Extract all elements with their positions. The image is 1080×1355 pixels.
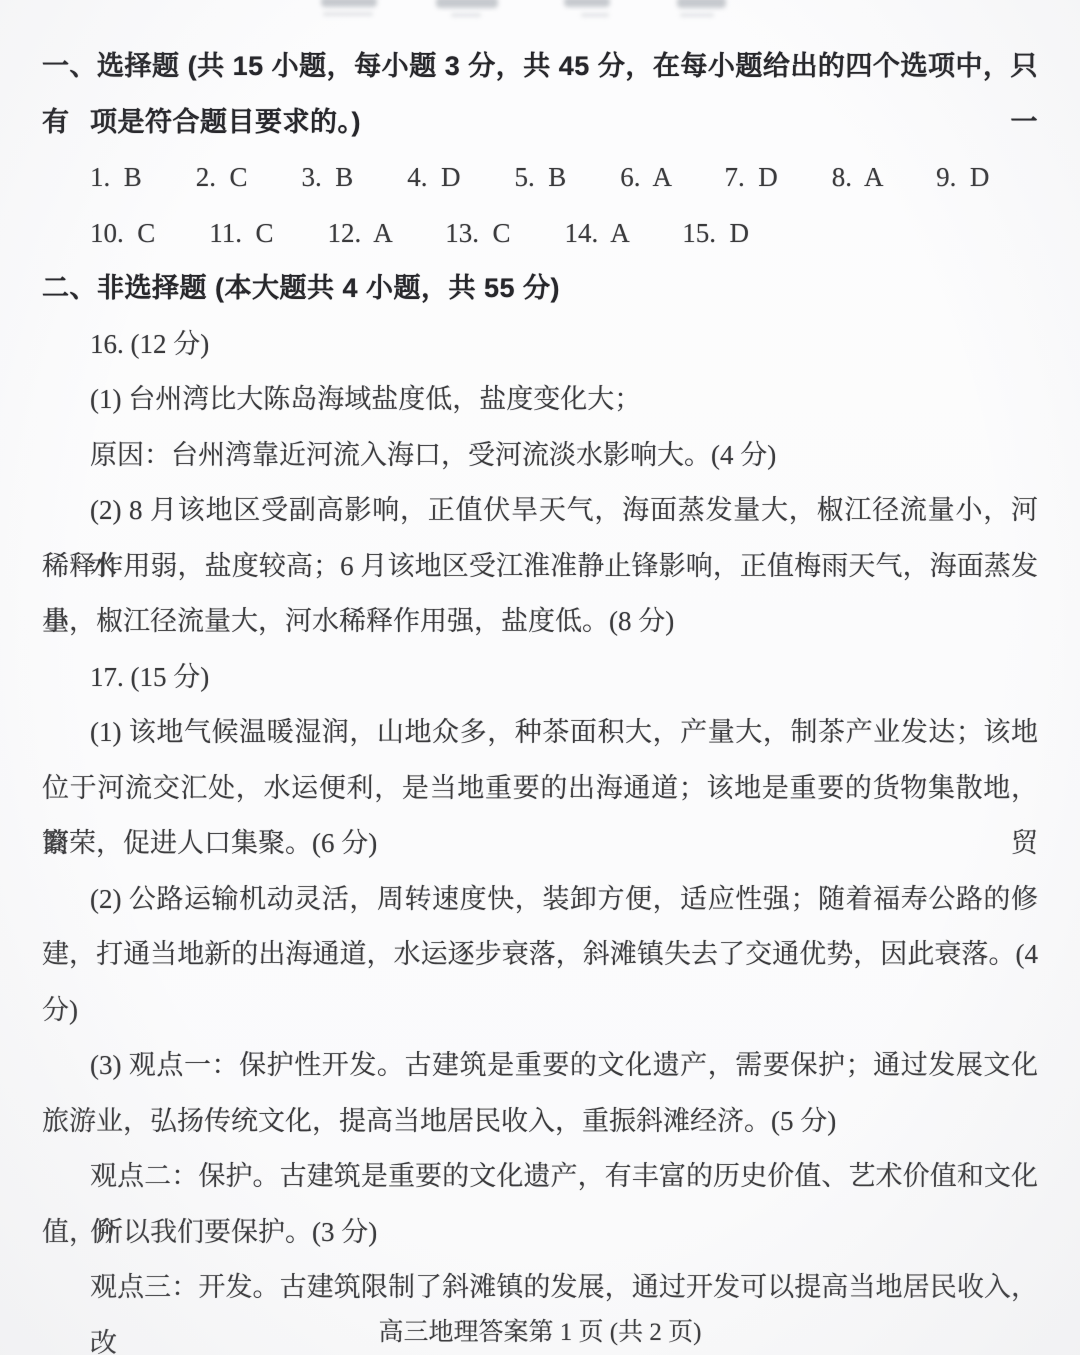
cropped-title-fragment bbox=[581, 13, 609, 17]
answer-text-line: (3) 观点一：保护性开发。古建筑是重要的文化遗产，需要保护；通过发展文化 bbox=[42, 1038, 1038, 1094]
cropped-title-fragment bbox=[680, 13, 714, 17]
cropped-title-fragment bbox=[323, 12, 373, 16]
answer-text-line: 观点二：保护。古建筑是重要的文化遗产，有丰富的历史价值、艺术价值和文化价 bbox=[42, 1149, 1038, 1205]
section-heading-line: 一、选择题 (共 15 小题，每小题 3 分，共 45 分，在每小题给出的四个选… bbox=[42, 39, 1038, 95]
answer-text-line: 16. (12 分) bbox=[42, 317, 1038, 373]
answer-text-line: (2) 8 月该地区受副高影响，正值伏旱天气，海面蒸发量大，椒江径流量小，河水 bbox=[42, 483, 1038, 539]
answer-text-line: (1) 台州湾比大陈岛海域盐度低，盐度变化大； bbox=[42, 372, 1038, 428]
answer-sheet: 一、选择题 (共 15 小题，每小题 3 分，共 45 分，在每小题给出的四个选… bbox=[42, 39, 1038, 1316]
page-footer: 高三地理答案第 1 页 (共 2 页) bbox=[0, 1311, 1080, 1355]
answer-text-line: 17. (15 分) bbox=[42, 650, 1038, 706]
answer-document-page: 一、选择题 (共 15 小题，每小题 3 分，共 45 分，在每小题给出的四个选… bbox=[0, 0, 1080, 1355]
cropped-title-fragment bbox=[564, 0, 610, 7]
answer-text-line: 观点三：开发。古建筑限制了斜滩镇的发展，通过开发可以提高当地居民收入，改 bbox=[42, 1260, 1038, 1316]
answer-row: 10. C 11. C 12. A 13. C 14. A 15. D bbox=[42, 206, 1038, 262]
answer-text-line: 原因：台州湾靠近河流入海口，受河流淡水影响大。(4 分) bbox=[42, 428, 1038, 484]
answer-text-line: 建，打通当地新的出海通道，水运逐步衰落，斜滩镇失去了交通优势，因此衰落。(4 bbox=[42, 927, 1038, 983]
answer-row: 1. B 2. C 3. B 4. D 5. B 6. A 7. D 8. A … bbox=[42, 150, 1038, 206]
answer-text-line: 旅游业，弘扬传统文化，提高当地居民收入，重振斜滩经济。(5 分) bbox=[42, 1094, 1038, 1150]
answer-text-line: (2) 公路运输机动灵活，周转速度快，装卸方便，适应性强；随着福寿公路的修 bbox=[42, 872, 1038, 928]
section-heading-line: 二、非选择题 (本大题共 4 小题，共 55 分) bbox=[42, 261, 1038, 317]
answer-text-line: (1) 该地气候温暖湿润，山地众多，种茶面积大，产量大，制茶产业发达；该地 bbox=[42, 705, 1038, 761]
answer-text-line: 分) bbox=[42, 983, 1038, 1039]
cropped-title-fragment bbox=[451, 13, 481, 17]
cropped-title-fragment bbox=[677, 0, 726, 8]
answer-text-line: 小，椒江径流量大，河水稀释作用强，盐度低。(8 分) bbox=[42, 594, 1038, 650]
answer-text-line: 值，所以我们要保护。(3 分) bbox=[42, 1205, 1038, 1261]
answer-text-line: 稀释作用弱，盐度较高；6 月该地区受江淮准静止锋影响，正值梅雨天气，海面蒸发量 bbox=[42, 539, 1038, 595]
cropped-title-fragment bbox=[436, 0, 498, 8]
answer-text-line: 位于河流交汇处，水运便利，是当地重要的出海通道；该地是重要的货物集散地，商贸 bbox=[42, 761, 1038, 817]
cropped-title-fragment bbox=[321, 0, 377, 7]
